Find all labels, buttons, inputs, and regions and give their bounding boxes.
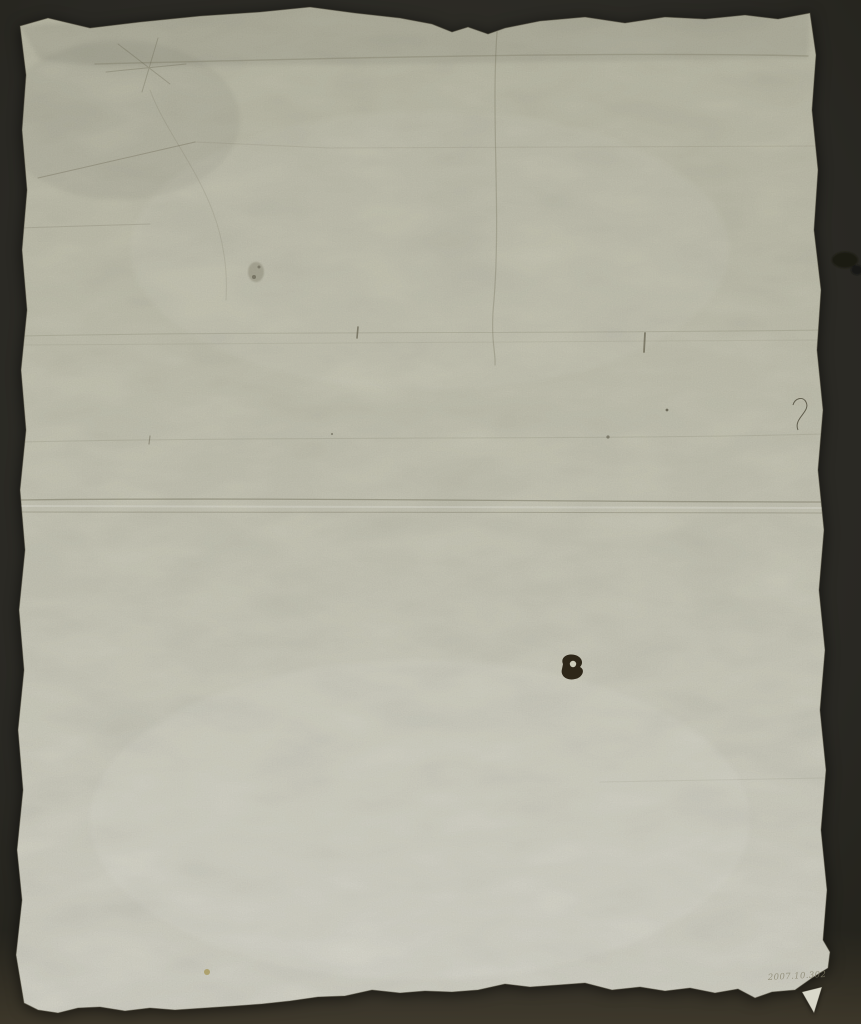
fiber-tick [644,333,645,352]
speck [666,409,669,412]
archival-scan-viewer: 2007.10.302 [0,0,861,1024]
speck [331,433,333,435]
fiber-tick [357,327,358,338]
document-scan: 2007.10.302 [0,0,861,1024]
ink-blot [562,654,583,679]
speck [606,435,609,438]
smudge-stain [248,262,264,282]
foxing-dot [204,969,210,975]
